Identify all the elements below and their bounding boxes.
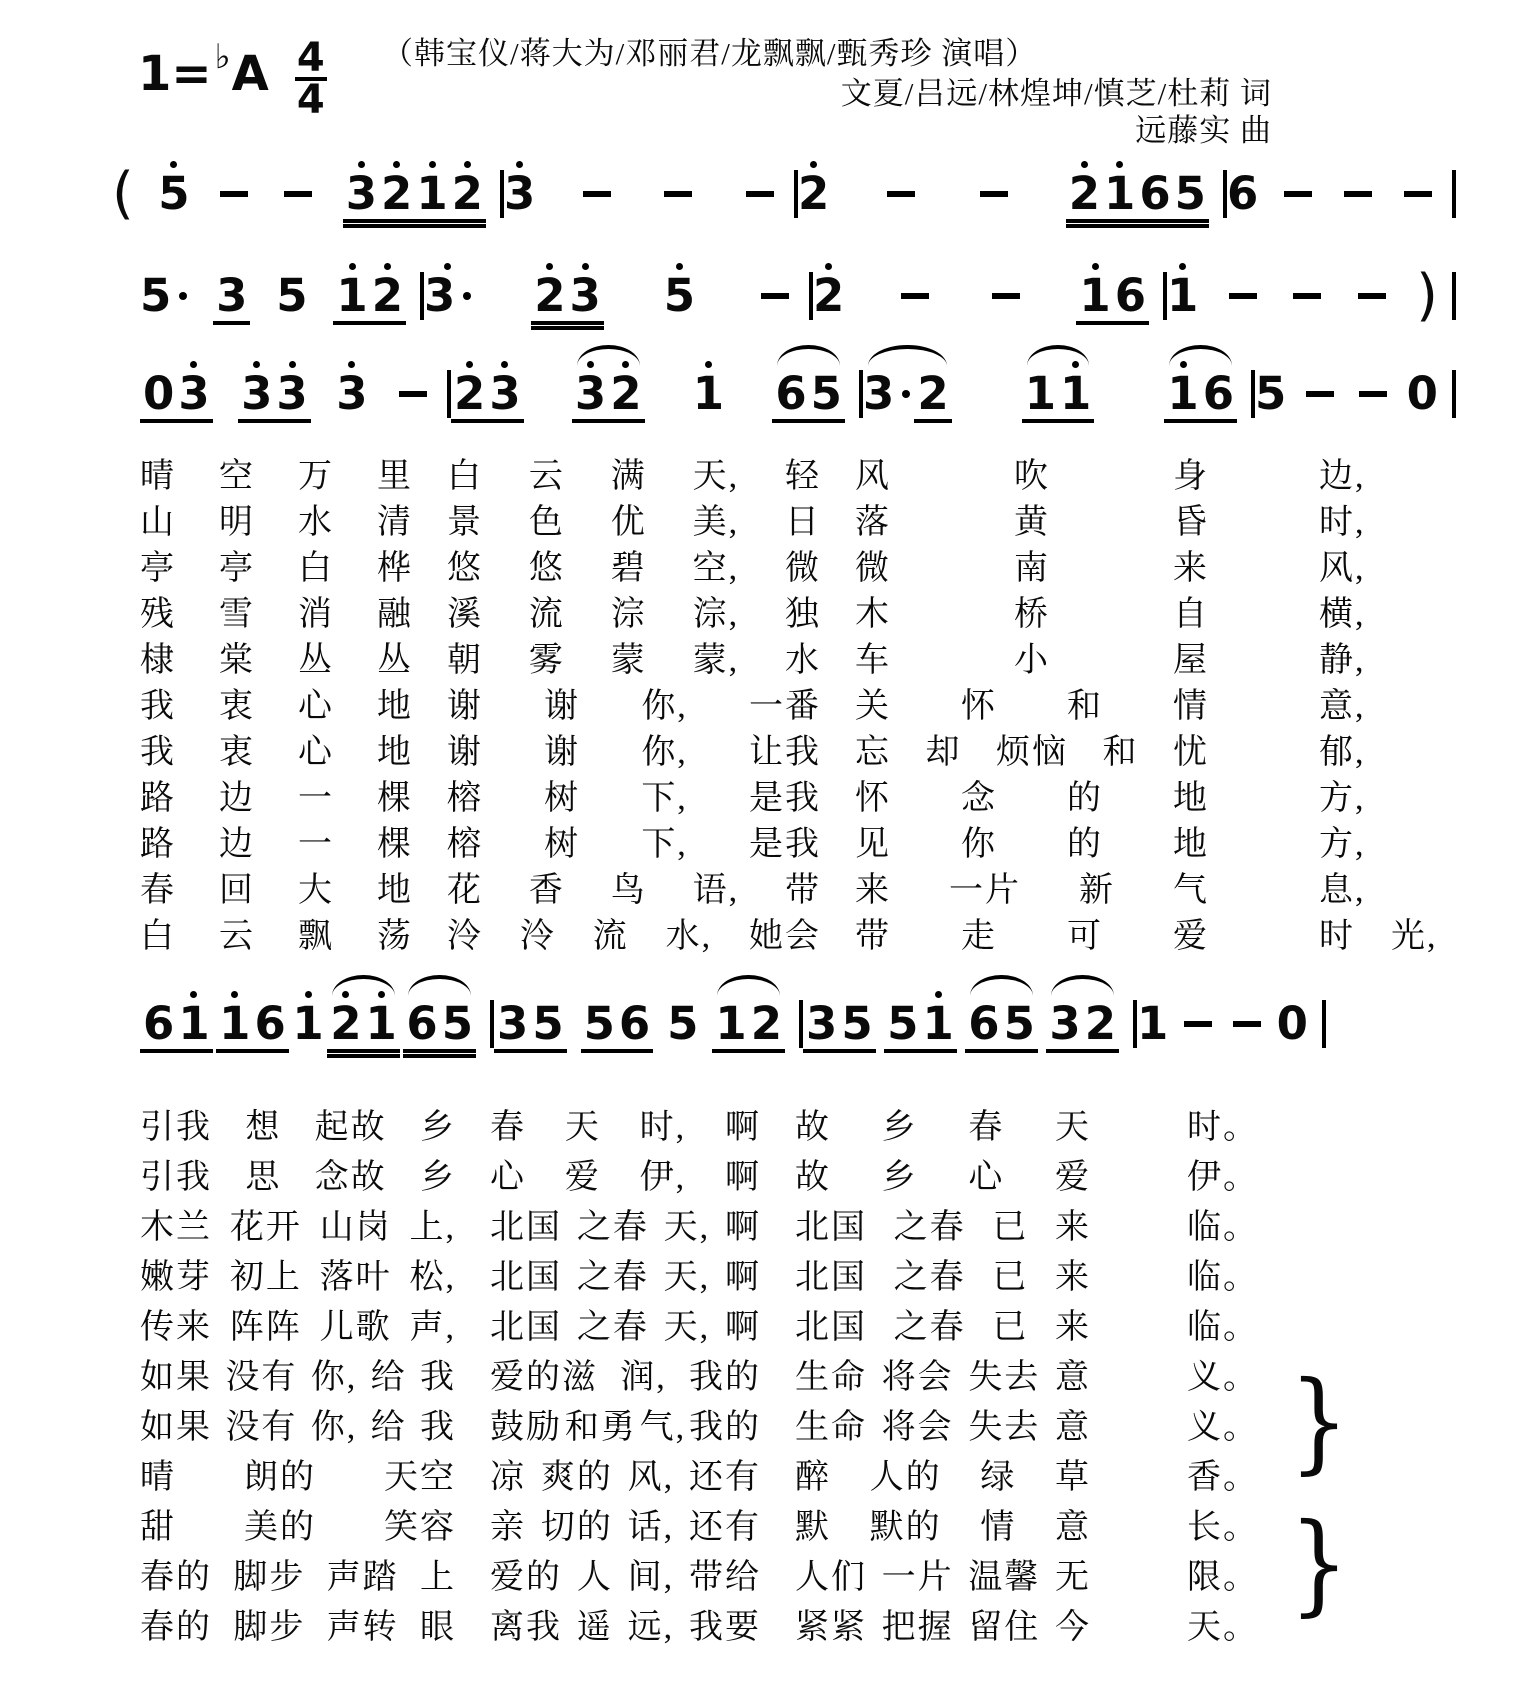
lyric-syllable: 北国 [490,1299,562,1348]
measure: 35516532 [803,988,1133,1053]
lyric-syllable: 香 [529,862,565,911]
lyric-syllable: 念故 [315,1149,387,1198]
lyric-syllable: 给 [371,1399,407,1448]
note: 3 [489,358,520,417]
duration-dash [399,391,427,397]
lyric-measure-cell: 方, [1243,770,1440,819]
lyric-measure-cell: 落黄昏 [855,494,1243,543]
lyric-syllable: 声, [409,1299,456,1348]
lyric-syllable: 亭 [219,540,255,589]
note: 5 [140,260,187,319]
lyric-syllable: 乡 [882,1149,918,1198]
repeat-brace: } [1289,1366,1349,1476]
note: 5 [811,358,842,417]
lyric-measure-cell: 限。 [1125,1549,1310,1598]
lyric-measure-cell: 心爱伊,啊 [490,1149,795,1198]
lyric-syllable: 光, [1391,908,1438,957]
slur: 65 [403,988,476,1053]
note: 2 [813,260,844,319]
lyric-syllable: 和勇 [565,1399,637,1448]
lyric-syllable: 鸟 [611,862,647,911]
lyric-syllable: 北国 [795,1199,867,1248]
lyric-syllable: 气, [640,1399,687,1448]
lyric-syllable: 引我 [140,1099,212,1148]
lyric-measure-cell: 引我思念故乡 [140,1149,490,1198]
lyric-syllable: 温馨 [968,1549,1040,1598]
note: 6 [619,988,650,1047]
lyric-syllable: 色 [529,494,565,543]
note-group: 65 [403,988,476,1053]
lyric-syllable: 松, [409,1249,456,1298]
lyric-syllable: 桦 [377,540,413,589]
note-group: 2 [914,358,951,423]
lyric-syllable: 的 [1067,816,1103,865]
lyric-measure-cell: 意, [1243,678,1440,727]
lyric-syllable: 凉 [490,1449,526,1498]
lyric-syllable: 地 [377,678,413,727]
lyric-row: 引我想起故乡春天时,啊故乡春天时。 [140,1098,1310,1148]
lyric-syllable: 怀 [961,678,997,727]
lyric-syllable: 嫩芽 [140,1249,212,1298]
lyric-syllable: 一番 [749,678,821,727]
lyric-syllable: 心 [298,678,334,727]
note-group: 35 [803,988,876,1053]
note: 1 [1060,358,1091,417]
lyric-syllable: 脚步 [233,1549,305,1598]
lyric-syllable: 生命 [795,1349,867,1398]
duration-dash [1184,1021,1212,1027]
lyric-syllable: 棵 [377,816,413,865]
lyric-measure-cell: 见你的地 [855,816,1243,865]
key-signature: 1= ♭ A 4 4 [138,44,327,118]
lyric-syllable: 气 [1173,862,1209,911]
duration-dash [1359,391,1387,397]
lyric-measure-cell: 来一片新气 [855,862,1243,911]
lyric-measure-cell: 关怀和情 [855,678,1243,727]
slur: 65 [772,358,845,423]
lyric-syllable: 时, [640,1099,687,1148]
note: 3 [863,358,910,423]
note: 3 [570,260,601,319]
note: 6 [1139,158,1170,217]
lyric-syllable: 之春 [577,1199,649,1248]
lyric-measure-cell: 微南来 [855,540,1243,589]
duration-dash [664,191,692,197]
duration-dash [887,191,915,197]
augmentation-dot [902,390,910,398]
lyric-syllable: 一片 [949,862,1021,911]
lyric-measure-cell: 我衷心地 [140,724,447,773]
lyric-syllable: 鼓励 [490,1399,562,1448]
lyric-row: 棣棠丛丛朝雾蒙蒙,水车小屋静, [140,632,1440,678]
lyric-row: 如果没有你,给我鼓励和勇气,我的生命将会失去意义。 [140,1398,1310,1448]
note: 5 [1004,988,1035,1047]
lyric-syllable: 溪 [447,586,483,635]
lyric-measure-cell: 临。 [1125,1249,1310,1298]
lyric-syllable: 伊。 [1187,1149,1259,1198]
barline [1452,370,1456,418]
lyric-measure-cell: 生命将会失去意 [795,1349,1125,1398]
note-group: 51 [884,988,957,1053]
lyric-measure-cell: 静, [1243,632,1440,681]
lyric-row: 木兰花开山岗上,北国之春天,啊北国之春已来临。 [140,1198,1310,1248]
lyric-measure-cell: 白云满天,轻 [447,448,855,497]
lyric-syllable: 把握 [882,1599,954,1648]
note-group: 23 [531,260,604,325]
lyric-syllable: 路 [140,770,176,819]
lyric-syllable: 我的 [689,1349,761,1398]
duration-dash [992,293,1020,299]
lyric-syllable: 你, [311,1349,358,1398]
lyric-syllable: 带 [855,908,891,957]
lyric-syllable: 回 [219,862,255,911]
note: 1 [1167,358,1198,417]
lyric-measure-cell: 紧紧把握留住今 [795,1599,1125,1648]
lyric-syllable: 想 [245,1099,281,1148]
note: 1 [1025,358,1056,417]
lyric-measure-cell: 甜美的笑容 [140,1499,490,1548]
note: 3 [504,158,535,217]
lyric-syllable: 融 [377,586,413,635]
lyric-measure-cell: 如果没有你,给我 [140,1399,490,1448]
lyric-syllable: 润, [620,1349,667,1398]
lyric-measure-cell: 风吹身 [855,448,1243,497]
lyric-syllable: 吹 [1014,448,1050,497]
lyric-measure-cell: 残雪消融 [140,586,447,635]
lyric-syllable: 悠 [447,540,483,589]
note: 5 [584,988,615,1047]
lyric-syllable: 微 [855,540,891,589]
lyric-syllable: 人 [577,1549,613,1598]
lyric-syllable: 美的 [244,1499,316,1548]
note-group: 65 [965,988,1038,1053]
note-group: 23 [451,358,524,423]
lyric-syllable: 心 [968,1149,1004,1198]
lyric-row: 亭亭白桦悠悠碧空,微微南来风, [140,540,1440,586]
lyric-syllable: 起故 [315,1099,387,1148]
lyric-measure-cell: 北国之春已来 [795,1199,1125,1248]
lyric-syllable: 没有 [225,1349,297,1398]
duration-dash [761,293,789,299]
lyric-syllable: 今 [1055,1599,1091,1648]
lyric-syllable: 棣 [140,632,176,681]
lyric-syllable: 失去 [968,1399,1040,1448]
lyric-syllable: 脚步 [233,1599,305,1648]
lyric-syllable: 谢 [544,724,580,773]
lyric-measure-cell: 春回大地 [140,862,447,911]
lyric-syllable: 见 [855,816,891,865]
time-signature: 4 4 [295,40,327,118]
lyric-measure-cell: 北国之春天,啊 [490,1199,795,1248]
note: 3 [497,988,528,1047]
note: 3 [241,358,272,417]
measure: 216 [813,260,1163,325]
lyric-measure-cell: 生命将会失去意 [795,1399,1125,1448]
lyric-syllable: 声转 [327,1599,399,1648]
lyric-syllable: 限。 [1187,1549,1259,1598]
lyric-syllable: 传来 [140,1299,212,1348]
lyric-syllable: 流 [593,908,629,957]
lyric-syllable: 白 [447,448,483,497]
lyric-syllable: 啊 [725,1299,761,1348]
lyric-measure-cell: 榕树下,是我 [447,816,855,865]
note: 5 [887,988,918,1047]
lyric-row: 晴朗的天空凉爽的风,还有醉人的绿草香。 [140,1448,1310,1498]
lyric-syllable: 初上 [230,1249,302,1298]
lyric-row: 晴空万里白云满天,轻风吹身边, [140,448,1440,494]
lyric-syllable: 情 [980,1499,1016,1548]
lyric-syllable: 你, [311,1399,358,1448]
lyric-syllable: 天, [664,1199,711,1248]
lyric-syllable: 明 [219,494,255,543]
lyric-syllable: 北国 [490,1199,562,1248]
lyric-syllable: 眼 [420,1599,456,1648]
duration-dash [746,191,774,197]
lyric-measure-cell: 传来阵阵儿歌声, [140,1299,490,1348]
note: 5 [1175,158,1206,217]
slur: 32 [863,358,952,423]
note-group: 16 [1076,260,1149,325]
lyric-syllable: 春的 [140,1549,212,1598]
lyric-measure-cell: 北国之春天,啊 [490,1249,795,1298]
lyric-measure-cell: 天。 [1125,1599,1310,1648]
lyric-syllable: 荡 [377,908,413,957]
lyric-measure-cell: 怀念的地 [855,770,1243,819]
lyric-syllable: 桥 [1014,586,1050,635]
lyric-row: 我衷心地谢谢你,让我忘却烦恼和忧郁, [140,724,1440,770]
lyric-syllable: 榕 [447,816,483,865]
note: 0 [1277,988,1308,1047]
lyric-measure-cell: 木兰花开山岗上, [140,1199,490,1248]
measure: 321116 [863,358,1251,423]
note-group: 16 [216,988,289,1053]
lyric-syllable: 是我 [749,770,821,819]
duration-dash [284,191,312,197]
lyric-syllable: 将会 [882,1349,954,1398]
measure: 611612165 [140,988,490,1053]
lyric-syllable: 我要 [689,1599,761,1648]
note: 1 [1167,260,1198,319]
lyric-syllable: 下, [641,770,688,819]
note: 5 [841,988,872,1047]
note: 1 [1104,158,1135,217]
lyric-syllable: 意, [1319,678,1366,727]
lyric-syllable: 南 [1014,540,1050,589]
lyric-measure-cell: 时, [1243,494,1440,543]
measure: 3 [504,158,794,217]
note: 2 [917,358,948,417]
note: 1 [715,988,746,1047]
lyric-syllable: 人的 [870,1449,942,1498]
lyric-syllable: 昏 [1173,494,1209,543]
note: 2 [381,158,412,217]
lyric-syllable: 边 [219,816,255,865]
lyric-measure-cell: 如果没有你,给我 [140,1349,490,1398]
lyric-syllable: 晴 [140,1449,176,1498]
lyric-measure-cell: 带走可爱 [855,908,1243,957]
lyric-syllable: 乡 [882,1099,918,1148]
lyric-syllable: 草 [1055,1449,1091,1498]
note: 6 [1115,260,1146,319]
lyric-syllable: 风, [1319,540,1366,589]
lyrics-block-1: 晴空万里白云满天,轻风吹身边,山明水清景色优美,日落黄昏时,亭亭白桦悠悠碧空,微… [140,448,1440,954]
note-group: 16 [1164,358,1237,423]
lyric-syllable: 丛 [377,632,413,681]
note: 6 [254,988,285,1047]
lyric-measure-cell: 春的脚步声踏上 [140,1549,490,1598]
lyric-syllable: 默的 [870,1499,942,1548]
lyric-syllable: 声踏 [327,1549,399,1598]
duration-dash [1306,391,1334,397]
lyric-syllable: 天, [664,1299,711,1348]
lyric-measure-cell: 临。 [1125,1199,1310,1248]
measure: 3556512 [494,988,799,1053]
lyric-measure-cell: 临。 [1125,1299,1310,1348]
lyric-syllable: 朝 [447,632,483,681]
lyric-measure-cell: 晴空万里 [140,448,447,497]
lyric-row: 白云飘荡泠泠流水,她会带走可爱时光, [140,908,1440,954]
lyric-syllable: 轻 [785,448,821,497]
lyric-syllable: 晴 [140,448,176,497]
lyric-syllable: 雪 [219,586,255,635]
lyric-syllable: 失去 [968,1349,1040,1398]
lyric-syllable: 引我 [140,1149,212,1198]
lyric-syllable: 临。 [1187,1249,1259,1298]
duration-dash [901,293,929,299]
note-group: 35 [494,988,567,1053]
note: 2 [372,260,403,319]
lyric-syllable: 可 [1067,908,1103,957]
lyric-syllable: 长。 [1187,1499,1259,1548]
note: 6 [406,988,437,1047]
lyric-syllable: 悠 [529,540,565,589]
lyric-syllable: 你 [961,816,997,865]
slur: 11 [1022,358,1095,423]
music-line-4: 61161216535565123551653210 [140,988,1326,1053]
lyric-syllable: 一片 [882,1549,954,1598]
barline [1452,170,1456,218]
lyric-syllable: 和 [1067,678,1103,727]
lyric-row: 春的脚步声踏上爱的人间,带给人们一片温馨无限。 [140,1548,1310,1598]
lyric-syllable: 淙 [611,586,647,635]
note: 1 [1137,988,1168,1047]
measure: 53512 [140,260,420,325]
lyric-syllable: 上 [420,1549,456,1598]
lyric-syllable: 临。 [1187,1199,1259,1248]
lyric-measure-cell: 悠悠碧空,微 [447,540,855,589]
note: 5 [442,988,473,1047]
lyric-syllable: 方, [1319,770,1366,819]
slur: 65 [965,988,1038,1053]
lyric-syllable: 朗的 [244,1449,316,1498]
lyric-syllable: 棠 [219,632,255,681]
note: 2 [534,260,565,319]
lyric-syllable: 天, [693,448,740,497]
lyric-syllable: 天 [565,1099,601,1148]
lyric-syllable: 边 [219,770,255,819]
note: 2 [1085,988,1116,1047]
slur: 12 [712,988,785,1053]
lyric-syllable: 你, [641,678,688,727]
note: 2 [452,158,483,217]
lyric-measure-cell: 嫩芽初上落叶松, [140,1249,490,1298]
lyric-syllable: 绿 [980,1449,1016,1498]
lyric-row: 传来阵阵儿歌声,北国之春天,啊北国之春已来临。 [140,1298,1310,1348]
note: 3 [216,260,247,319]
lyric-syllable: 你, [641,724,688,773]
lyric-syllable: 上, [409,1199,456,1248]
duration-dash [1233,1021,1261,1027]
slur: 32 [572,358,645,423]
duration-dash [1358,293,1386,299]
lyric-syllable: 啊 [725,1249,761,1298]
lyric-syllable: 白 [298,540,334,589]
lyric-syllable: 流 [529,586,565,635]
note-group: 03 [140,358,213,423]
note-group: 11 [1022,358,1095,423]
note: 1 [292,988,323,1047]
lyric-syllable: 雾 [529,632,565,681]
lyric-syllable: 天 [1055,1099,1091,1148]
lyric-syllable: 微 [785,540,821,589]
lyric-syllable: 已 [992,1299,1028,1348]
lyric-syllable: 木 [855,586,891,635]
lyric-syllable: 话, [628,1499,675,1548]
augmentation-dot [179,292,187,300]
lyric-syllable: 景 [447,494,483,543]
lyric-syllable: 却 [926,724,962,773]
lyric-syllable: 北国 [795,1299,867,1348]
lyric-syllable: 故 [795,1149,831,1198]
lyric-measure-cell: 爱的人间,带给 [490,1549,795,1598]
lyric-syllable: 屋 [1173,632,1209,681]
lyric-measure-cell: 鼓励和勇气,我的 [490,1399,795,1448]
lyric-syllable: 思 [245,1149,281,1198]
note-group: 33 [238,358,311,423]
lyric-row: 残雪消融溪流淙淙,独木桥自横, [140,586,1440,632]
note: 6 [968,988,999,1047]
lyric-measure-cell: 义。 [1125,1349,1310,1398]
lyric-measure-cell: 北国之春已来 [795,1249,1125,1298]
measure: 03333 [140,358,447,423]
lyric-syllable: 树 [544,770,580,819]
lyric-measure-cell: 亭亭白桦 [140,540,447,589]
lyric-measure-cell: 息, [1243,862,1440,911]
measure: 50 [1255,358,1452,417]
music-line-2: 5351232352161) [140,260,1456,325]
lyric-measure-cell: 醉人的绿草 [795,1449,1125,1498]
note: 3 [424,260,471,319]
lyric-syllable: 香。 [1187,1449,1259,1498]
lyric-syllable: 北国 [490,1249,562,1298]
lyric-syllable: 如果 [140,1399,212,1448]
lyric-measure-cell: 离我遥远,我要 [490,1599,795,1648]
lyric-syllable: 乡 [420,1149,456,1198]
lyric-syllable: 飘 [298,908,334,957]
lyric-syllable: 遥 [577,1599,613,1648]
lyric-syllable: 衷 [219,724,255,773]
lyric-measure-cell: 爱的滋润,我的 [490,1349,795,1398]
lyric-syllable: 来 [1173,540,1209,589]
lyric-measure-cell: 棣棠丛丛 [140,632,447,681]
lyric-syllable: 碧 [611,540,647,589]
duration-dash [1404,191,1432,197]
note: 2 [798,158,829,217]
lyric-syllable: 心 [490,1149,526,1198]
note: 6 [143,988,174,1047]
lyric-measure-cell: 香。 [1125,1449,1310,1498]
barline [1322,1000,1326,1048]
